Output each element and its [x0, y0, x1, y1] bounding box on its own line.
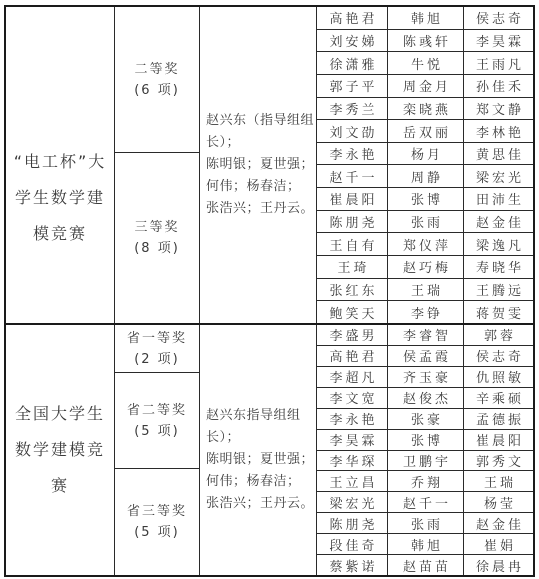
- team-row: 李文宽赵俊杰辛乘硕: [317, 387, 533, 408]
- team-member-cell: 乔翔: [387, 471, 463, 491]
- team-row: 王自有郑仪萍梁逸凡: [317, 232, 533, 255]
- team-member-cell: 高艳君: [317, 7, 387, 29]
- prize-label: 省二等奖 (5 项): [127, 400, 187, 442]
- instructor-group-cell: 赵兴东（指导组组 长）； 陈明银；夏世强； 何伟；杨春洁； 张浩兴；王丹云。: [200, 7, 317, 323]
- team-row: 李华琛卫鹏宇郭秀文: [317, 450, 533, 471]
- team-member-cell: 李华琛: [317, 451, 387, 471]
- team-member-cell: 崔晨阳: [463, 430, 533, 450]
- team-row: 李昊霖张博崔晨阳: [317, 429, 533, 450]
- team-member-cell: 王立昌: [317, 471, 387, 491]
- team-row: 王琦赵巧梅寿晓华: [317, 255, 533, 278]
- team-row: 李盛男李睿智郭蓉: [317, 325, 533, 345]
- team-member-cell: 韩旭: [387, 7, 463, 29]
- team-member-cell: 崔晨阳: [317, 188, 387, 210]
- team-member-cell: 牛悦: [387, 52, 463, 74]
- team-member-cell: 张雨: [387, 211, 463, 233]
- team-member-cell: 辛乘硕: [463, 388, 533, 408]
- team-row: 陈朋尧张雨赵金佳: [317, 512, 533, 533]
- team-member-cell: 赵千一: [317, 165, 387, 187]
- team-member-cell: 赵俊杰: [387, 388, 463, 408]
- team-member-cell: 张博: [387, 430, 463, 450]
- team-row: 张红东王瑞王腾远: [317, 278, 533, 301]
- team-member-cell: 陈朋尧: [317, 211, 387, 233]
- team-member-cell: 侯孟霞: [387, 346, 463, 366]
- team-member-cell: 王雨凡: [463, 52, 533, 74]
- team-member-cell: 栾晓燕: [387, 98, 463, 120]
- team-member-cell: 郭蓉: [463, 325, 533, 345]
- prize-label: 省一等奖 (2 项): [127, 328, 187, 370]
- team-member-cell: 李昊霖: [317, 430, 387, 450]
- team-member-cell: 韩旭: [387, 534, 463, 554]
- team-member-cell: 王自有: [317, 233, 387, 255]
- team-member-cell: 杨莹: [463, 492, 533, 512]
- team-member-cell: 侯志奇: [463, 7, 533, 29]
- team-member-cell: 李昊霖: [463, 30, 533, 52]
- team-member-cell: 卫鹏宇: [387, 451, 463, 471]
- instructor-list: 赵兴东指导组组 长）； 陈明银；夏世强； 何伟；杨春洁； 张浩兴；王丹云。: [200, 385, 314, 515]
- team-member-cell: 王腾远: [463, 279, 533, 301]
- winners-name-grid: 高艳君韩旭侯志奇刘安娣陈彧轩李昊霖徐潇雅牛悦王雨凡郭子平周金月孙佳禾李秀兰栾晓燕…: [317, 7, 533, 323]
- team-member-cell: 梁逸凡: [463, 233, 533, 255]
- prize-cell-provincial-first: 省一等奖 (2 项): [115, 325, 199, 373]
- team-member-cell: 张红东: [317, 279, 387, 301]
- team-member-cell: 李睿智: [387, 325, 463, 345]
- team-member-cell: 寿晓华: [463, 256, 533, 278]
- team-member-cell: 赵金佳: [463, 513, 533, 533]
- team-member-cell: 梁宏光: [463, 165, 533, 187]
- team-row: 李超凡齐玉豪仇照敏: [317, 366, 533, 387]
- team-member-cell: 赵苗苗: [387, 555, 463, 575]
- team-member-cell: 赵巧梅: [387, 256, 463, 278]
- prize-level-column: 二等奖 (6 项) 三等奖 (8 项): [115, 7, 200, 323]
- team-member-cell: 刘安娣: [317, 30, 387, 52]
- competition-name-cell: “电工杯”大 学生数学建 模竞赛: [6, 7, 115, 323]
- team-member-cell: 李永艳: [317, 143, 387, 165]
- team-member-cell: 王琦: [317, 256, 387, 278]
- team-row: 鲍笑天李铮蒋贺雯: [317, 300, 533, 323]
- team-member-cell: 郭秀文: [463, 451, 533, 471]
- team-row: 赵千一周静梁宏光: [317, 164, 533, 187]
- team-member-cell: 王瑞: [387, 279, 463, 301]
- team-member-cell: 周静: [387, 165, 463, 187]
- team-member-cell: 李文宽: [317, 388, 387, 408]
- team-member-cell: 蒋贺雯: [463, 301, 533, 323]
- team-row: 王立昌乔翔王瑞: [317, 470, 533, 491]
- team-member-cell: 李林艳: [463, 120, 533, 142]
- instructor-list: 赵兴东（指导组组 长）； 陈明银；夏世强； 何伟；杨春洁； 张浩兴；王丹云。: [200, 110, 314, 220]
- instructor-group-cell: 赵兴东指导组组 长）； 陈明银；夏世强； 何伟；杨春洁； 张浩兴；王丹云。: [200, 325, 317, 575]
- team-member-cell: 张豪: [387, 409, 463, 429]
- team-row: 刘文劭岳双丽李林艳: [317, 119, 533, 142]
- team-row: 段佳奇韩旭崔娟: [317, 533, 533, 554]
- document-page: “电工杯”大 学生数学建 模竞赛 二等奖 (6 项) 三等奖 (8 项) 赵兴东…: [0, 0, 539, 579]
- prize-cell-third-prize: 三等奖 (8 项): [115, 153, 199, 323]
- team-member-cell: 徐潇雅: [317, 52, 387, 74]
- team-member-cell: 段佳奇: [317, 534, 387, 554]
- team-member-cell: 鲍笑天: [317, 301, 387, 323]
- team-member-cell: 李铮: [387, 301, 463, 323]
- team-row: 高艳君韩旭侯志奇: [317, 7, 533, 29]
- team-member-cell: 崔娟: [463, 534, 533, 554]
- team-member-cell: 蔡紫诺: [317, 555, 387, 575]
- competition-name: 全国大学生 数学建模竞 赛: [15, 396, 105, 504]
- team-member-cell: 侯志奇: [463, 346, 533, 366]
- prize-cell-provincial-second: 省二等奖 (5 项): [115, 373, 199, 469]
- team-row: 刘安娣陈彧轩李昊霖: [317, 29, 533, 52]
- prize-cell-second-prize: 二等奖 (6 项): [115, 7, 199, 153]
- competition-name: “电工杯”大 学生数学建 模竞赛: [14, 144, 107, 252]
- award-table: “电工杯”大 学生数学建 模竞赛 二等奖 (6 项) 三等奖 (8 项) 赵兴东…: [4, 5, 535, 577]
- team-member-cell: 孙佳禾: [463, 75, 533, 97]
- team-member-cell: 孟德振: [463, 409, 533, 429]
- team-member-cell: 仇照敏: [463, 367, 533, 387]
- team-member-cell: 杨月: [387, 143, 463, 165]
- prize-label: 二等奖 (6 项): [134, 59, 180, 101]
- team-row: 梁宏光赵千一杨莹: [317, 491, 533, 512]
- competition-section-national: 全国大学生 数学建模竞 赛 省一等奖 (2 项) 省二等奖 (5 项) 省三等奖…: [6, 325, 533, 575]
- competition-section-dianggongbei: “电工杯”大 学生数学建 模竞赛 二等奖 (6 项) 三等奖 (8 项) 赵兴东…: [6, 7, 533, 325]
- team-member-cell: 郑仪萍: [387, 233, 463, 255]
- team-row: 蔡紫诺赵苗苗徐晨冉: [317, 554, 533, 575]
- team-row: 李永艳杨月黄思佳: [317, 142, 533, 165]
- team-member-cell: 王瑞: [463, 471, 533, 491]
- team-member-cell: 徐晨冉: [463, 555, 533, 575]
- winners-name-grid: 李盛男李睿智郭蓉高艳君侯孟霞侯志奇李超凡齐玉豪仇照敏李文宽赵俊杰辛乘硕李永艳张豪…: [317, 325, 533, 575]
- prize-label: 三等奖 (8 项): [134, 217, 180, 259]
- team-member-cell: 赵千一: [387, 492, 463, 512]
- team-member-cell: 刘文劭: [317, 120, 387, 142]
- competition-name-cell: 全国大学生 数学建模竞 赛: [6, 325, 115, 575]
- team-member-cell: 高艳君: [317, 346, 387, 366]
- team-member-cell: 李超凡: [317, 367, 387, 387]
- team-member-cell: 李永艳: [317, 409, 387, 429]
- team-member-cell: 田沛生: [463, 188, 533, 210]
- team-member-cell: 张雨: [387, 513, 463, 533]
- team-row: 高艳君侯孟霞侯志奇: [317, 345, 533, 366]
- team-member-cell: 梁宏光: [317, 492, 387, 512]
- team-member-cell: 齐玉豪: [387, 367, 463, 387]
- team-member-cell: 赵金佳: [463, 211, 533, 233]
- team-member-cell: 张博: [387, 188, 463, 210]
- team-member-cell: 黄思佳: [463, 143, 533, 165]
- team-member-cell: 陈彧轩: [387, 30, 463, 52]
- team-member-cell: 李盛男: [317, 325, 387, 345]
- prize-label: 省三等奖 (5 项): [127, 501, 187, 543]
- team-row: 徐潇雅牛悦王雨凡: [317, 51, 533, 74]
- team-member-cell: 郭子平: [317, 75, 387, 97]
- team-member-cell: 李秀兰: [317, 98, 387, 120]
- team-row: 李永艳张豪孟德振: [317, 408, 533, 429]
- team-row: 李秀兰栾晓燕郑文静: [317, 97, 533, 120]
- team-row: 崔晨阳张博田沛生: [317, 187, 533, 210]
- team-member-cell: 周金月: [387, 75, 463, 97]
- team-row: 郭子平周金月孙佳禾: [317, 74, 533, 97]
- team-row: 陈朋尧张雨赵金佳: [317, 210, 533, 233]
- team-member-cell: 陈朋尧: [317, 513, 387, 533]
- prize-cell-provincial-third: 省三等奖 (5 项): [115, 469, 199, 575]
- prize-level-column: 省一等奖 (2 项) 省二等奖 (5 项) 省三等奖 (5 项): [115, 325, 200, 575]
- team-member-cell: 岳双丽: [387, 120, 463, 142]
- team-member-cell: 郑文静: [463, 98, 533, 120]
